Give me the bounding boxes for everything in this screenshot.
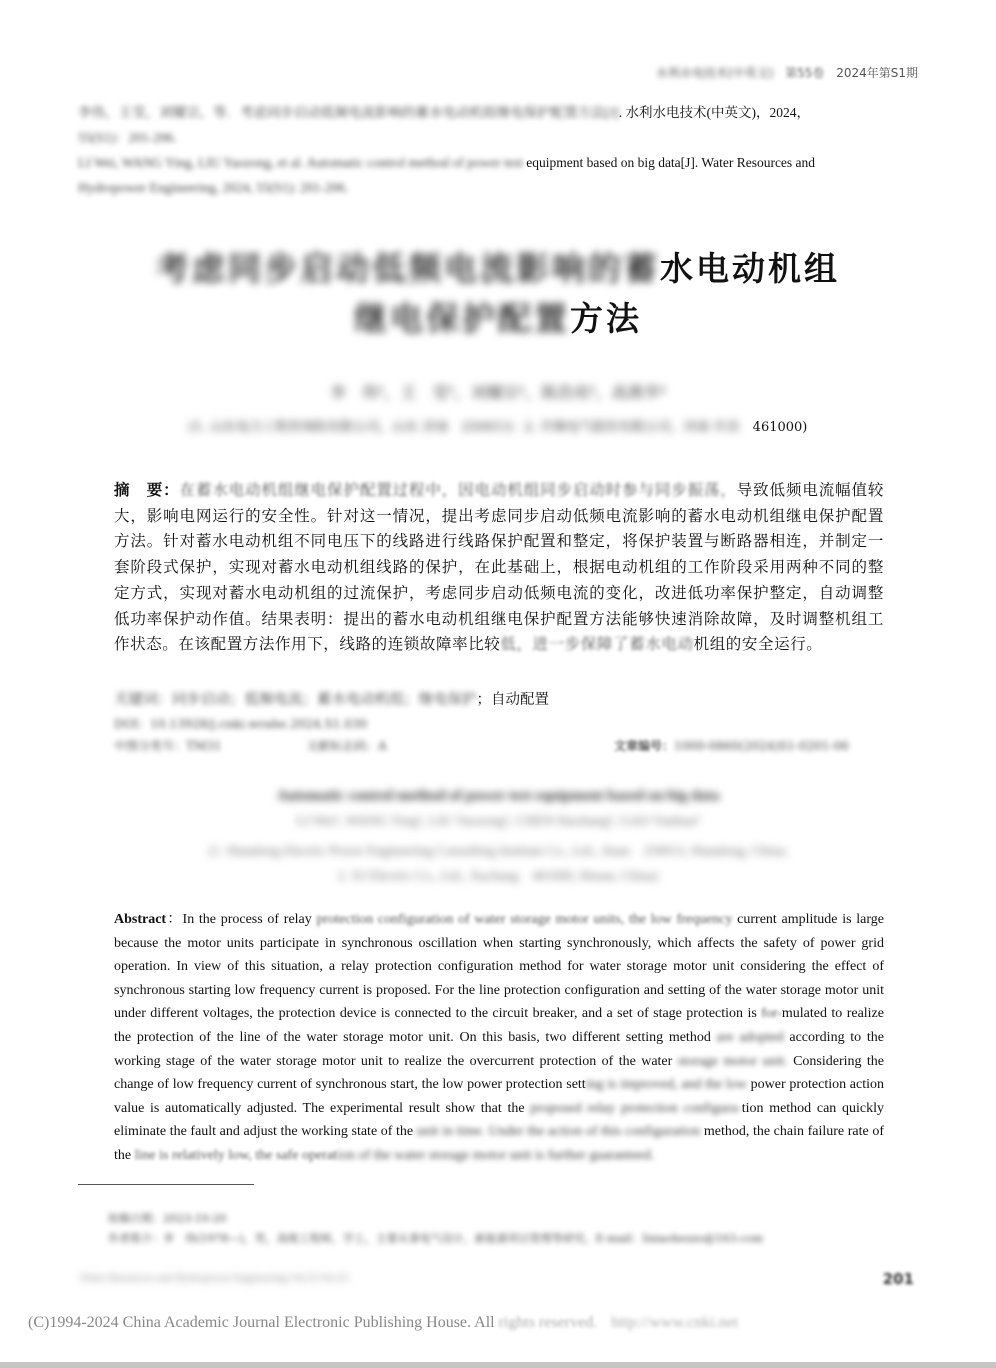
received-date: 收稿日期：2023-10-20 (108, 1210, 226, 1226)
english-affiliation: (1. Shandong Electric Power Engineering … (0, 838, 996, 888)
abstract-en-blurred: storage motor unit. (678, 1054, 788, 1069)
abstract-en-blurred: line is relatively low, the safe operat (135, 1148, 337, 1163)
english-affiliation-line2: 2. XJ Electric Co., Ltd., Xuchang 461000… (0, 863, 996, 888)
footnote-divider (78, 1184, 254, 1185)
citation-en-authors-title: LI Wei, WANG Ying, LIU Yaozong, et al. A… (78, 155, 523, 170)
doi: DOI：10.13928/j.cnki.wrahe.2024.S1.030 (114, 715, 367, 732)
citation-en-journal: equipment based on big data[J]. Water Re… (523, 155, 815, 170)
running-header: 水利水电技术(中英文) 第55卷 2024年第S1期 (656, 64, 918, 81)
article-number: 文章编号：1000-0860(2024)S1-0201-06 (614, 737, 849, 754)
english-affiliation-line1: (1. Shandong Electric Power Engineering … (0, 838, 996, 863)
citation-cn-line2: 55(S1)：201-206. (78, 125, 918, 150)
affiliation-postcode: 461000) (740, 420, 808, 435)
abstract-en-blurred: unit in time. Under the action of this c… (417, 1124, 701, 1139)
english-authors: LI Wei¹, WANG Ying¹, LIU Yaozong¹, CHEN … (0, 814, 996, 830)
viewer-bottom-bar (0, 1362, 996, 1368)
affiliation-text: (1. 山东电力工程咨询院有限公司，山东 济南 250013；2. 许继电气股份… (189, 420, 740, 435)
footer-journal: Water Resources and Hydropower Engineeri… (80, 1272, 349, 1284)
abstract-cn-tail-blurred: 低，进一步保障了蓄水电动 (500, 635, 693, 653)
citation-cn-journal: . 水利水电技术(中英文)，2024， (619, 105, 810, 120)
title-line2-blurred: 继电保护配置 (354, 299, 570, 338)
abstract-cn-tail: 机组的安全运行。 (694, 635, 823, 653)
citation-en-line2: Hydropower Engineering, 2024, 55(S1): 20… (78, 175, 918, 200)
citation-cn-line1: 李伟，王莹，刘耀宗，等．考虑同步启动低频电流影响的蓄水电动机组继电保护配置方法[… (78, 100, 918, 125)
title-line1-blurred: 考虑同步启动低频电流影响的蓄 (156, 249, 660, 288)
abstract-en: Abstract：In the process of relay protect… (114, 908, 884, 1168)
author-bio: 作者简介：李 伟(1978—)，男，高级工程师，学士，主要从事电气设计、新能源项… (108, 1230, 763, 1246)
article-number-label: 文章编号： (614, 739, 674, 753)
abstract-cn: 摘 要：在蓄水电动机组继电保护配置过程中，因电动机组同步启动时参与同步振荡，导致… (114, 478, 884, 658)
abstract-en-blurred: ion of the water storage motor unit is f… (337, 1148, 654, 1163)
title-line1-clear: 水电动机组 (660, 249, 840, 288)
copyright-text-faded: rights reserved. (499, 1314, 598, 1331)
issue-label: 2024年第S1期 (836, 66, 918, 80)
abstract-cn-label: 摘 要： (114, 481, 180, 499)
abstract-en-blurred: protection configuration of water storag… (316, 912, 732, 927)
abstract-en-blurred: are adopted (717, 1030, 784, 1045)
cnki-link[interactable]: http://www.cnki.net (611, 1314, 738, 1331)
abstract-en-label: Abstract (114, 912, 166, 927)
keywords-clear: ；自动配置 (477, 692, 550, 708)
abstract-cn-blurred-start: 在蓄水电动机组继电保护配置过程中，因电动机组同步启动时参与同步振荡， (180, 481, 737, 499)
abstract-cn-body: 导致低频电流幅值较大，影响电网运行的安全性。针对这一情况，提出考虑同步启动低频电… (114, 481, 884, 653)
abstract-en-blurred: for- (761, 1006, 782, 1021)
abstract-en-blurred: ing is improved, and the low (586, 1077, 747, 1092)
abstract-en-sep: ： (166, 912, 182, 927)
volume-label: 第55卷 (785, 66, 824, 80)
journal-name: 水利水电技术(中英文) (656, 66, 773, 80)
affiliation: (1. 山东电力工程咨询院有限公司，山东 济南 250013；2. 许继电气股份… (0, 416, 996, 435)
clc-number: 中图分类号：TM31 (114, 737, 222, 754)
keywords: 关键词：同步启动；低频电流；蓄水电动机组；继电保护；自动配置 (114, 688, 549, 709)
copyright-text: (C)1994-2024 China Academic Journal Elec… (28, 1314, 499, 1331)
citation-block: 李伟，王莹，刘耀宗，等．考虑同步启动低频电流影响的蓄水电动机组继电保护配置方法[… (78, 100, 918, 200)
abstract-en-blurred: proposed relay protection configura- (530, 1101, 741, 1116)
title-line2-clear: 方法 (570, 299, 642, 338)
document-code: 文献标志码：A (306, 737, 387, 754)
paper-title: 考虑同步启动低频电流影响的蓄水电动机组 继电保护配置方法 (0, 244, 996, 344)
keywords-blurred: 关键词：同步启动；低频电流；蓄水电动机组；继电保护 (114, 692, 477, 708)
english-title: Automatic control method of power test e… (0, 788, 996, 805)
page-number: 201 (883, 1270, 914, 1288)
article-number-value: 1000-0860(2024)S1-0201-06 (674, 739, 849, 753)
author-list: 李 伟¹，王 莹¹，刘耀宗¹，陈浩亮²，高燕华² (0, 380, 996, 403)
copyright-notice: (C)1994-2024 China Academic Journal Elec… (28, 1314, 738, 1332)
citation-en-line1: LI Wei, WANG Ying, LIU Yaozong, et al. A… (78, 150, 918, 175)
abstract-en-text: current amplitude is large because the m… (114, 912, 884, 1021)
citation-cn-authors-title: 李伟，王莹，刘耀宗，等．考虑同步启动低频电流影响的蓄水电动机组继电保护配置方法[… (78, 105, 619, 120)
abstract-en-text: In the process of relay (183, 912, 317, 927)
